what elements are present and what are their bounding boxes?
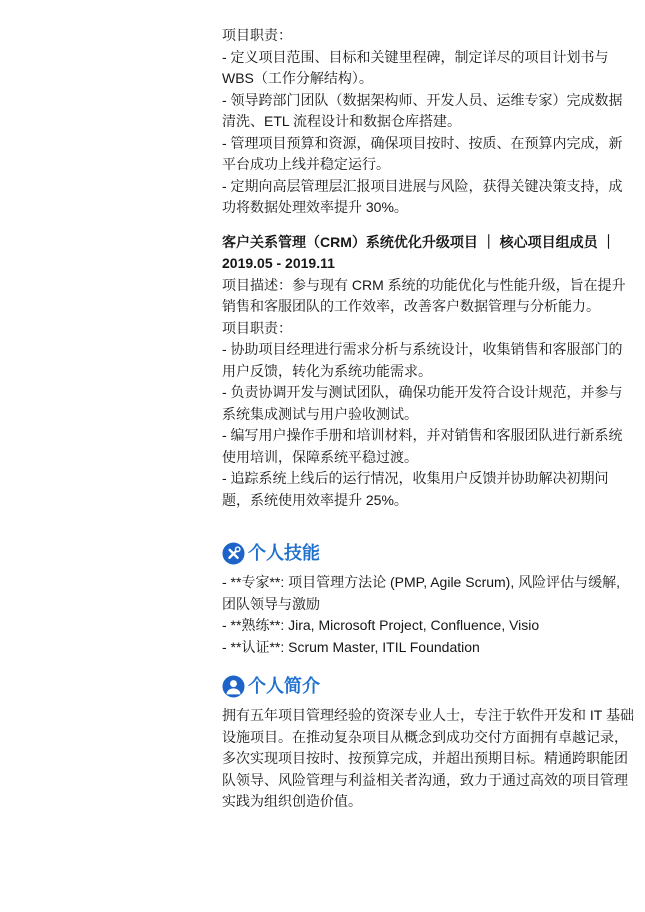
- project2-bullet: - 负责协调开发与测试团队，确保功能开发符合设计规范，并参与系统集成测试与用户验…: [222, 382, 634, 425]
- project2-bullet: - 编写用户操作手册和培训材料，并对销售和客服团队进行新系统使用培训，保障系统平…: [222, 425, 634, 468]
- skills-section-header: 个人技能: [222, 541, 634, 565]
- summary-section-title: 个人简介: [248, 674, 320, 698]
- project2-block: 客户关系管理（CRM）系统优化升级项目 ｜ 核心项目组成员 ｜ 2019.05 …: [222, 232, 634, 512]
- project2-duties-label: 项目职责：: [222, 318, 634, 340]
- project1-bullet: - 定义项目范围、目标和关键里程碑，制定详尽的项目计划书与 WBS（工作分解结构…: [222, 47, 634, 90]
- project2-bullet: - 协助项目经理进行需求分析与系统设计，收集销售和客服部门的用户反馈，转化为系统…: [222, 339, 634, 382]
- project1-bullet: - 管理项目预算和资源，确保项目按时、按质、在预算内完成，新平台成功上线并稳定运…: [222, 133, 634, 176]
- skills-list: - **专家**: 项目管理方法论 (PMP, Agile Scrum), 风险…: [222, 572, 634, 658]
- project1-duties: 项目职责： - 定义项目范围、目标和关键里程碑，制定详尽的项目计划书与 WBS（…: [222, 25, 634, 219]
- project2-bullet: - 追踪系统上线后的运行情况，收集用户反馈并协助解决初期问题，系统使用效率提升 …: [222, 468, 634, 511]
- summary-section-header: 个人简介: [222, 674, 634, 698]
- project2-description: 项目描述：参与现有 CRM 系统的功能优化与性能升级，旨在提升销售和客服团队的工…: [222, 275, 634, 318]
- person-icon: [222, 675, 245, 698]
- skill-item: - **熟练**: Jira, Microsoft Project, Confl…: [222, 615, 634, 637]
- wrench-screwdriver-icon: [222, 542, 245, 565]
- project1-bullet: - 领导跨部门团队（数据架构师、开发人员、运维专家）完成数据清洗、ETL 流程设…: [222, 90, 634, 133]
- project1-duties-label: 项目职责：: [222, 25, 634, 47]
- project2-title: 客户关系管理（CRM）系统优化升级项目 ｜ 核心项目组成员 ｜ 2019.05 …: [222, 232, 634, 275]
- skill-item: - **认证**: Scrum Master, ITIL Foundation: [222, 637, 634, 659]
- resume-content-column: 项目职责： - 定义项目范围、目标和关键里程碑，制定详尽的项目计划书与 WBS（…: [222, 25, 634, 813]
- summary-paragraph: 拥有五年项目管理经验的资深专业人士，专注于软件开发和 IT 基础设施项目。在推动…: [222, 705, 634, 813]
- skills-section-title: 个人技能: [248, 541, 320, 565]
- project1-bullet: - 定期向高层管理层汇报项目进展与风险，获得关键决策支持，成功将数据处理效率提升…: [222, 176, 634, 219]
- skill-item: - **专家**: 项目管理方法论 (PMP, Agile Scrum), 风险…: [222, 572, 634, 615]
- resume-page: 项目职责： - 定义项目范围、目标和关键里程碑，制定详尽的项目计划书与 WBS（…: [0, 0, 645, 912]
